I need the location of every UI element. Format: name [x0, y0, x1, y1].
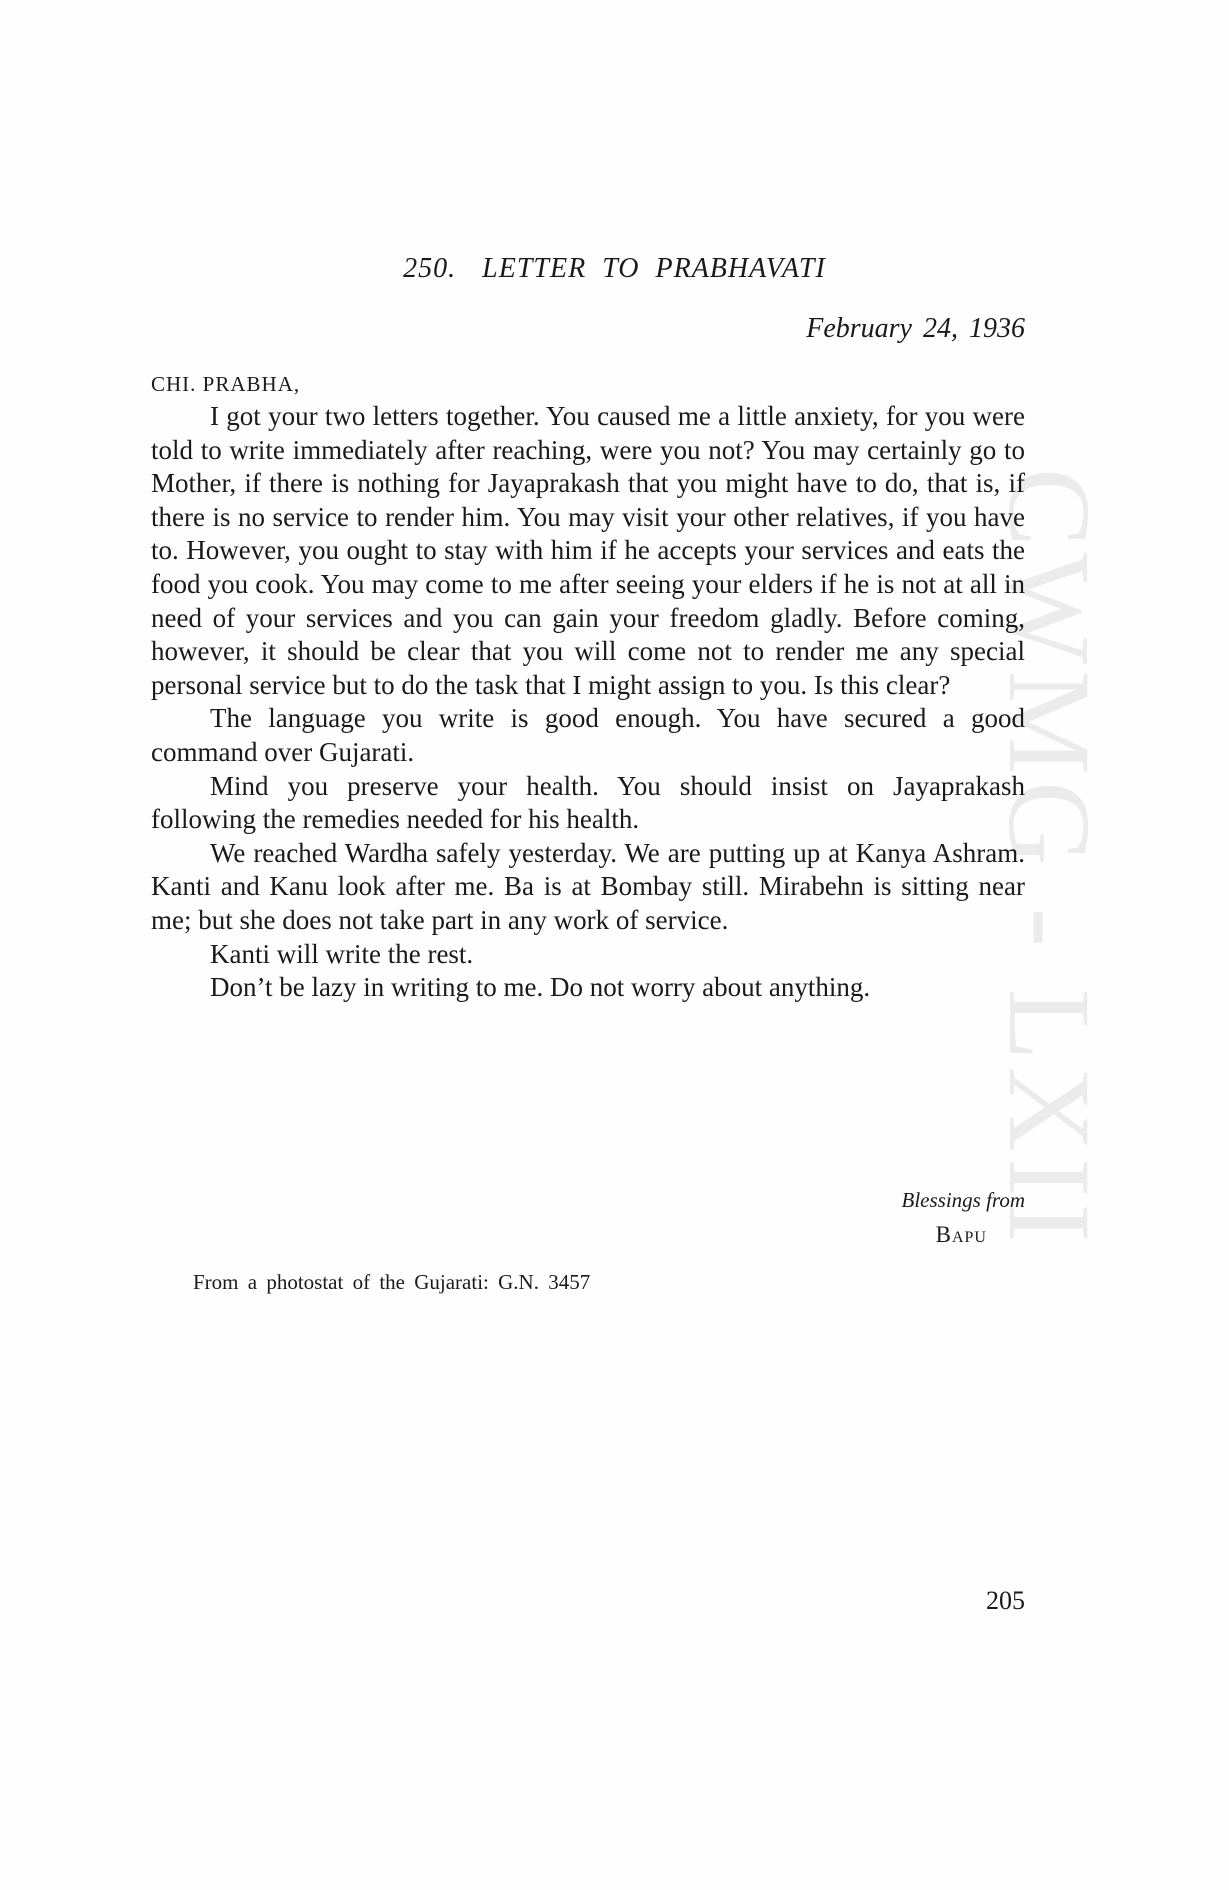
signature: Bapu	[936, 1222, 987, 1248]
paragraph: I got your two letters together. You cau…	[151, 400, 1025, 702]
letter-heading: 250. LETTER TO PRABHAVATI	[0, 253, 1229, 285]
salutation: CHI. PRABHA,	[151, 372, 300, 397]
letter-title: LETTER TO PRABHAVATI	[482, 253, 826, 284]
signoff: Blessings from	[902, 1188, 1025, 1213]
source-note: From a photostat of the Gujarati: G.N. 3…	[193, 1270, 590, 1295]
letter-body: I got your two letters together. You cau…	[151, 400, 1025, 1005]
paragraph: Kanti will write the rest.	[151, 938, 1025, 972]
paragraph: We reached Wardha safely yesterday. We a…	[151, 837, 1025, 938]
paragraph: Mind you preserve your health. You shoul…	[151, 770, 1025, 837]
paragraph: Don’t be lazy in writing to me. Do not w…	[151, 971, 1025, 1005]
page-number: 205	[986, 1586, 1025, 1616]
paragraph: The language you write is good enough. Y…	[151, 702, 1025, 769]
letter-date: February 24, 1936	[806, 313, 1025, 345]
letter-number: 250.	[403, 253, 456, 284]
